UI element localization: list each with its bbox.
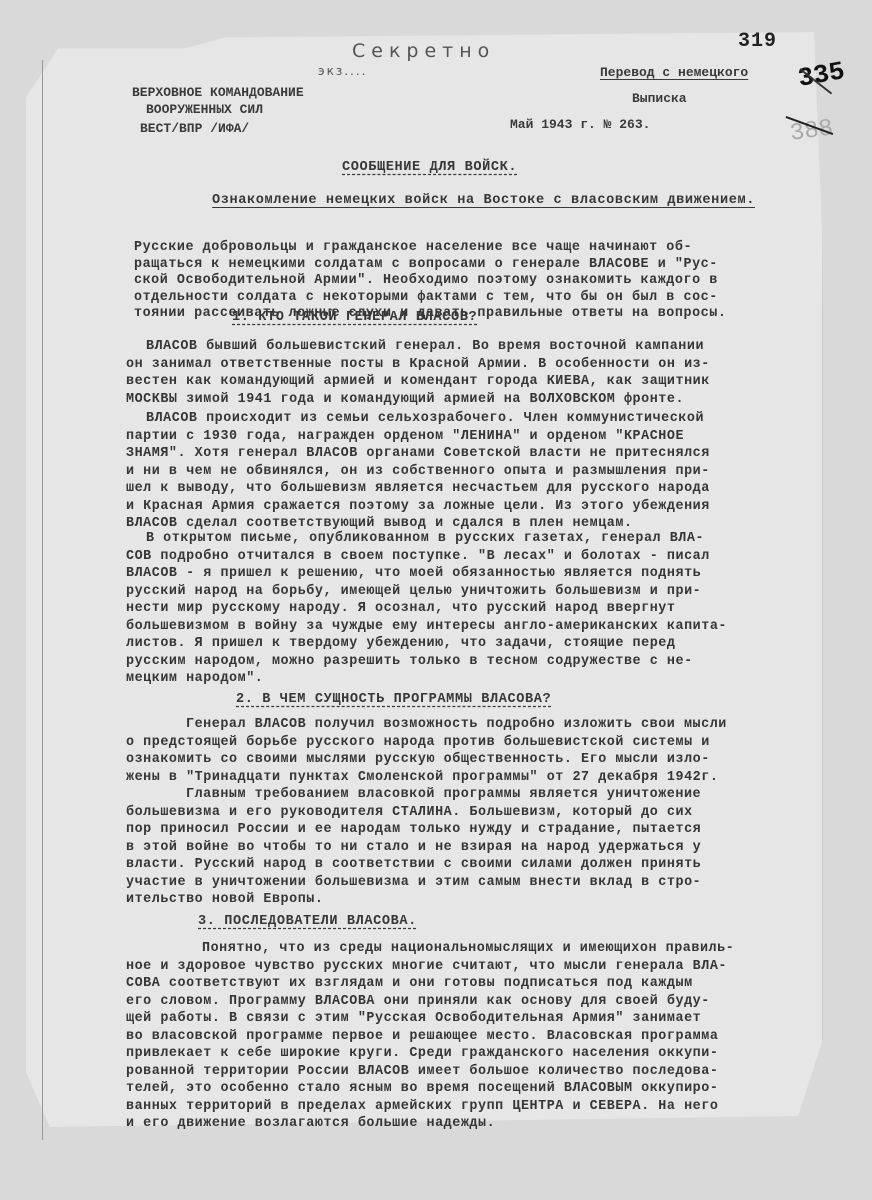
text-line: в этой войне во чтобы то ни стало и не в…: [126, 839, 846, 857]
text-line: шел к выводу, что большевизм является не…: [126, 480, 846, 498]
text-line: большевизмом в войну за чуждые ему интер…: [126, 618, 846, 636]
section-1-paragraph-2: ВЛАСОВ происходит из семьи сельхозрабоче…: [126, 410, 846, 533]
section-1-paragraph-3: В открытом письме, опубликованном в русс…: [126, 530, 846, 688]
text-line: вестен как командующий армией и комендан…: [126, 373, 846, 391]
text-line: Генерал ВЛАСОВ получил возможность подро…: [126, 716, 846, 734]
document-subtitle: Ознакомление немецких войск на Востоке с…: [212, 193, 755, 208]
page-number: 319: [738, 30, 777, 53]
section-2-paragraph-1: Генерал ВЛАСОВ получил возможность подро…: [126, 716, 846, 786]
text-line: привлекает к себе широкие круги. Среди г…: [126, 1045, 846, 1063]
text-line: щей работы. В связи с этим "Русская Осво…: [126, 1010, 846, 1028]
text-line: ской Освободительной Армии". Необходимо …: [134, 273, 854, 290]
text-line: Русские добровольцы и гражданское населе…: [134, 240, 854, 257]
text-line: рованной территории России ВЛАСОВ имеет …: [126, 1063, 846, 1081]
section-2-paragraph-2: Главным требованием власовкой программы …: [126, 786, 846, 909]
text-line: партии с 1930 года, награжден орденом "Л…: [126, 428, 846, 446]
copy-number-handwritten: экз....: [318, 64, 367, 78]
text-line: ЗНАМЯ". Хотя генерал ВЛАСОВ органами Сов…: [126, 445, 846, 463]
text-line: и ни в чем не обвинялся, он из собственн…: [126, 463, 846, 481]
text-line: СОВ подробно отчитался в своем поступке.…: [126, 548, 846, 566]
header-line-forces: ВООРУЖЕННЫХ СИЛ: [132, 101, 304, 118]
text-line: ВЛАСОВ происходит из семьи сельхозрабоче…: [126, 410, 846, 428]
text-line: листов. Я пришел к твердому убеждению, ч…: [126, 635, 846, 653]
sheet-edge: [42, 60, 43, 1140]
text-line: большевизма и его руководителя СТАЛИНА. …: [126, 804, 846, 822]
text-line: В открытом письме, опубликованном в русс…: [126, 530, 846, 548]
text-line: ванных территорий в пределах армейских г…: [126, 1098, 846, 1116]
text-line: мецким народом".: [126, 670, 846, 688]
text-line: ращаться к немецкими солдатам с вопросам…: [134, 257, 854, 274]
text-line: и Красная Армия сражается поэтому за лож…: [126, 498, 846, 516]
text-line: телей, это особенно стало ясным во время…: [126, 1080, 846, 1098]
text-line: ВЛАСОВ - я пришел к решению, что моей об…: [126, 565, 846, 583]
crossed-page-number: 335: [796, 56, 847, 94]
section-1-paragraph-1: ВЛАСОВ бывший большевистский генерал. Во…: [126, 338, 846, 408]
text-line: жены в "Тринадцати пунктах Смоленской пр…: [126, 769, 846, 787]
text-line: пор приносил России и ее народам только …: [126, 821, 846, 839]
translation-note: Перевод с немецкого: [600, 64, 748, 81]
section-3-heading: 3. ПОСЛЕДОВАТЕЛИ ВЛАСОВА.: [198, 914, 417, 929]
section-1-heading: 1. КТО ТАКОЙ ГЕНЕРАЛ ВЛАСОВ?: [232, 310, 477, 325]
text-line: ВЛАСОВ бывший большевистский генерал. Во…: [126, 338, 846, 356]
document-title: СООБЩЕНИЕ ДЛЯ ВОЙСК.: [342, 160, 517, 175]
text-line: СОВА соответствуют их взглядам и они гот…: [126, 975, 846, 993]
text-line: ительство новой Европы.: [126, 891, 846, 909]
text-line: ознакомить со своими мыслями русскую общ…: [126, 751, 846, 769]
text-line: и его движение возлагаются большие надеж…: [126, 1115, 846, 1133]
text-line: участие в уничтожении большевизма и этим…: [126, 874, 846, 892]
header-left: ВЕРХОВНОЕ КОМАНДОВАНИЕ ВООРУЖЕННЫХ СИЛ В…: [132, 84, 304, 137]
text-line: нести мир русскому народу. Я осознал, чт…: [126, 600, 846, 618]
text-line: о предстоящей борьбе русского народа про…: [126, 734, 846, 752]
date-number: Май 1943 г. № 263.: [510, 116, 650, 133]
header-line-command: ВЕРХОВНОЕ КОМАНДОВАНИЕ: [132, 84, 304, 101]
text-line: власти. Русский народ в соответствии с с…: [126, 856, 846, 874]
text-line: МОСКВЫ зимой 1941 года и командующий арм…: [126, 391, 846, 409]
text-line: во власовской программе первое и решающе…: [126, 1028, 846, 1046]
text-line: его словом. Программу ВЛАСОВА они принял…: [126, 993, 846, 1011]
text-line: отдельности солдата с некоторыми фактами…: [134, 290, 854, 307]
section-3-paragraph-1: Понятно, что из среды национальномыслящи…: [126, 940, 846, 1133]
header-line-office: ВЕСТ/ВПР /ИФА/: [132, 120, 304, 137]
text-line: русским народом, можно разрешить только …: [126, 653, 846, 671]
text-line: русский народ на борьбу, имеющей целью у…: [126, 583, 846, 601]
text-line: ное и здоровое чувство русских многие сч…: [126, 958, 846, 976]
text-line: он занимал ответственные посты в Красной…: [126, 356, 846, 374]
classification-handwritten: Секретно: [352, 40, 495, 62]
extract-label: Выписка: [632, 90, 687, 107]
text-line: Главным требованием власовкой программы …: [126, 786, 846, 804]
text-line: Понятно, что из среды национальномыслящи…: [126, 940, 846, 958]
section-2-heading: 2. В ЧЕМ СУЩНОСТЬ ПРОГРАММЫ ВЛАСОВА?: [236, 692, 551, 707]
